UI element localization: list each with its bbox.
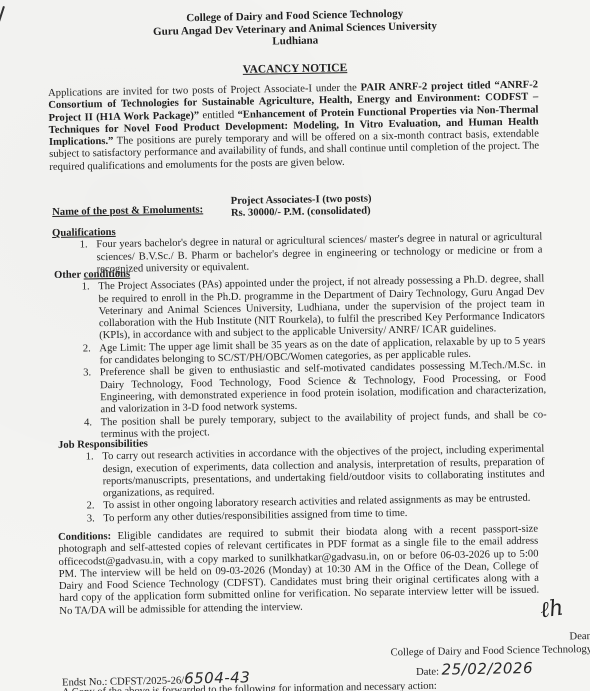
notice-title: VACANCY NOTICE (0, 58, 590, 80)
post-label: Name of the post & Emoluments: (52, 196, 228, 219)
job-responsibilities-list: To carry out research activities in acco… (58, 444, 545, 526)
document-page: College of Dairy and Food Science Techno… (0, 0, 590, 691)
handwritten-date: 25/02/2026 (441, 659, 533, 679)
signatory-block: Dean College of Dairy and Food Science T… (360, 631, 590, 660)
list-item: To carry out research activities in acco… (96, 444, 545, 501)
signatory-org: College of Dairy and Food Science Techno… (360, 643, 590, 660)
other-conditions-list: The Project Associates (PAs) appointed u… (54, 274, 547, 442)
endorsement-date: Date: 25/02/2026 (416, 659, 533, 679)
post-emoluments: Name of the post & Emoluments: Project A… (52, 190, 542, 223)
dean-signature: ℓh (538, 595, 565, 624)
other-conditions-section: Other conditions The Project Associates … (54, 261, 547, 442)
letterhead: College of Dairy and Food Science Techno… (0, 4, 590, 54)
conditions-label: Conditions: (58, 531, 111, 543)
post-pay: Rs. 30000/- P.M. (consolidated) (231, 206, 372, 221)
list-item: The Project Associates (PAs) appointed u… (92, 274, 545, 343)
conditions-paragraph: Conditions: Eligible candidates are requ… (58, 524, 539, 618)
intro-paragraph: Applications are invited for two posts o… (48, 79, 539, 174)
job-responsibilities-section: Job Responsibilities To carry out resear… (58, 432, 545, 527)
list-item: Preference shall be given to enthusiasti… (94, 360, 547, 417)
